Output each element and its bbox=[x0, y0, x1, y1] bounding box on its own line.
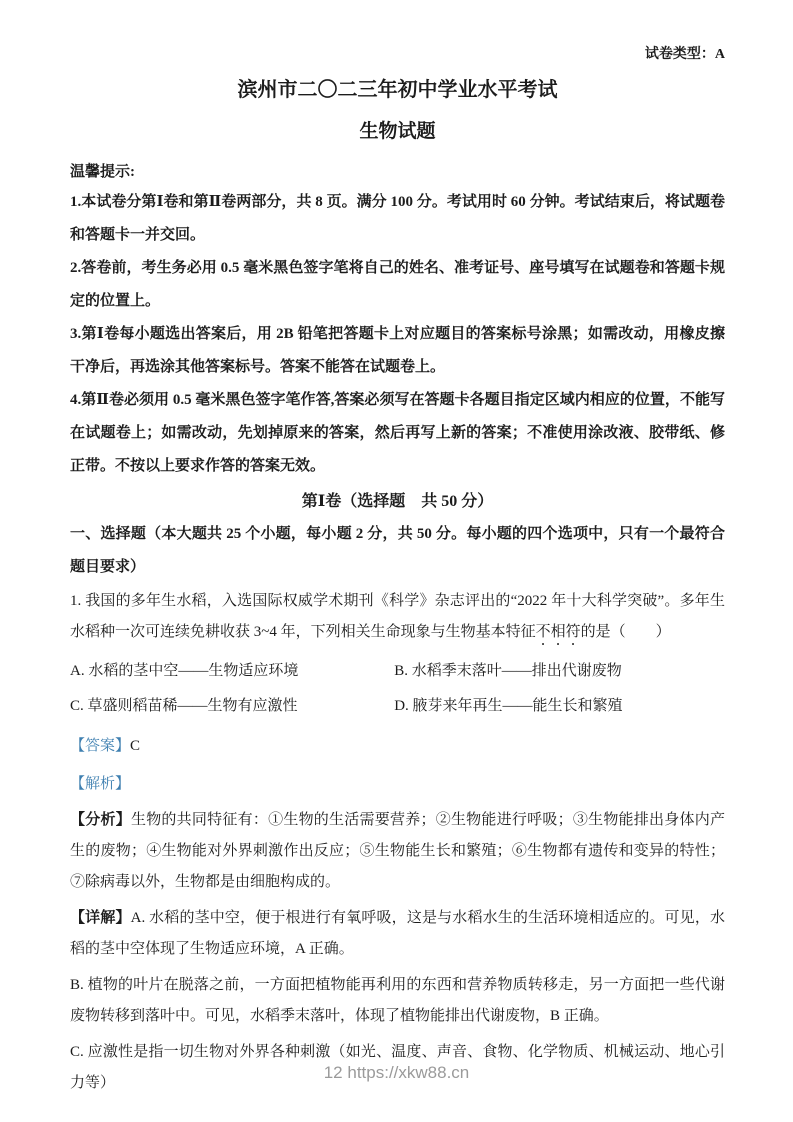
detail-paragraph-b: B. 植物的叶片在脱落之前，一方面把植物能再利用的东西和营养物质转移走，另一方面… bbox=[70, 970, 725, 1032]
page-content: 试卷类型：A 滨州市二〇二三年初中学业水平考试 生物试题 温馨提示: 1.本试卷… bbox=[0, 0, 793, 1099]
page-footer: 12 https://xkw88.cn bbox=[0, 1062, 793, 1084]
paper-type-label: 试卷类型：A bbox=[70, 46, 725, 64]
option-a: A. 水稻的茎中空——生物适应环境 bbox=[70, 654, 394, 689]
option-d: D. 腋芽来年再生——能生长和繁殖 bbox=[394, 689, 725, 724]
exam-paper-page: { "colors": { "accent_blue": "#3e7fb0", … bbox=[0, 0, 793, 1122]
section-heading: 第Ⅰ卷（选择题 共 50 分） bbox=[70, 485, 725, 518]
question-1-stem: 1. 我国的多年生水稻，入选国际权威学术期刊《科学》杂志评出的“2022 年十大… bbox=[70, 586, 725, 649]
question-1-options: A. 水稻的茎中空——生物适应环境 B. 水稻季末落叶——排出代谢废物 C. 草… bbox=[70, 654, 725, 724]
answer-line: 【答案】C bbox=[70, 731, 725, 762]
notice-item-3: 3.第Ⅰ卷每小题选出答案后，用 2B 铅笔把答题卡上对应题目的答案标号涂黑；如需… bbox=[70, 318, 725, 384]
analysis-paragraph: 【分析】生物的共同特征有：①生物的生活需要营养；②生物能进行呼吸；③生物能排出身… bbox=[70, 805, 725, 898]
footer-url: https://xkw88.cn bbox=[347, 1063, 469, 1082]
option-c: C. 草盛则稻苗稀——生物有应激性 bbox=[70, 689, 394, 724]
analysis-label: 【分析】 bbox=[70, 812, 131, 828]
detail-label: 【详解】 bbox=[70, 910, 131, 926]
answer-value: C bbox=[130, 738, 140, 754]
question-block: 1. 我国的多年生水稻，入选国际权威学术期刊《科学》杂志评出的“2022 年十大… bbox=[70, 586, 725, 1099]
option-b: B. 水稻季末落叶——排出代谢废物 bbox=[394, 654, 725, 689]
question-1-stem-emphasis: 不相符 bbox=[536, 624, 581, 640]
notice-item-1: 1.本试卷分第Ⅰ卷和第Ⅱ卷两部分，共 8 页。满分 100 分。考试用时 60 … bbox=[70, 186, 725, 252]
detail-paragraph-a: 【详解】A. 水稻的茎中空，便于根进行有氧呼吸，这是与水稻水生的生活环境相适应的… bbox=[70, 903, 725, 965]
notice-item-2: 2.答卷前，考生务必用 0.5 毫米黑色签字笔将自己的姓名、准考证号、座号填写在… bbox=[70, 252, 725, 318]
notice-heading: 温馨提示: bbox=[70, 158, 725, 186]
explanation-label: 【解析】 bbox=[70, 776, 130, 792]
answer-label: 【答案】 bbox=[70, 738, 130, 754]
explanation-line: 【解析】 bbox=[70, 769, 725, 800]
exam-subtitle: 生物试题 bbox=[70, 119, 725, 145]
detail-text-a: A. 水稻的茎中空，便于根进行有氧呼吸，这是与水稻水生的生活环境相适应的。可见，… bbox=[70, 910, 725, 957]
exam-title: 滨州市二〇二三年初中学业水平考试 bbox=[70, 76, 725, 104]
notice-item-4: 4.第Ⅱ卷必须用 0.5 毫米黑色签字笔作答,答案必须写在答题卡各题目指定区域内… bbox=[70, 384, 725, 483]
question-1-stem-blank: 的是（ ） bbox=[581, 624, 671, 640]
analysis-text: 生物的共同特征有：①生物的生活需要营养；②生物能进行呼吸；③生物能排出身体内产生… bbox=[70, 812, 725, 890]
footer-page-number: 12 bbox=[324, 1063, 343, 1082]
section-intro: 一、选择题（本大题共 25 个小题，每小题 2 分，共 50 分。每小题的四个选… bbox=[70, 518, 725, 584]
